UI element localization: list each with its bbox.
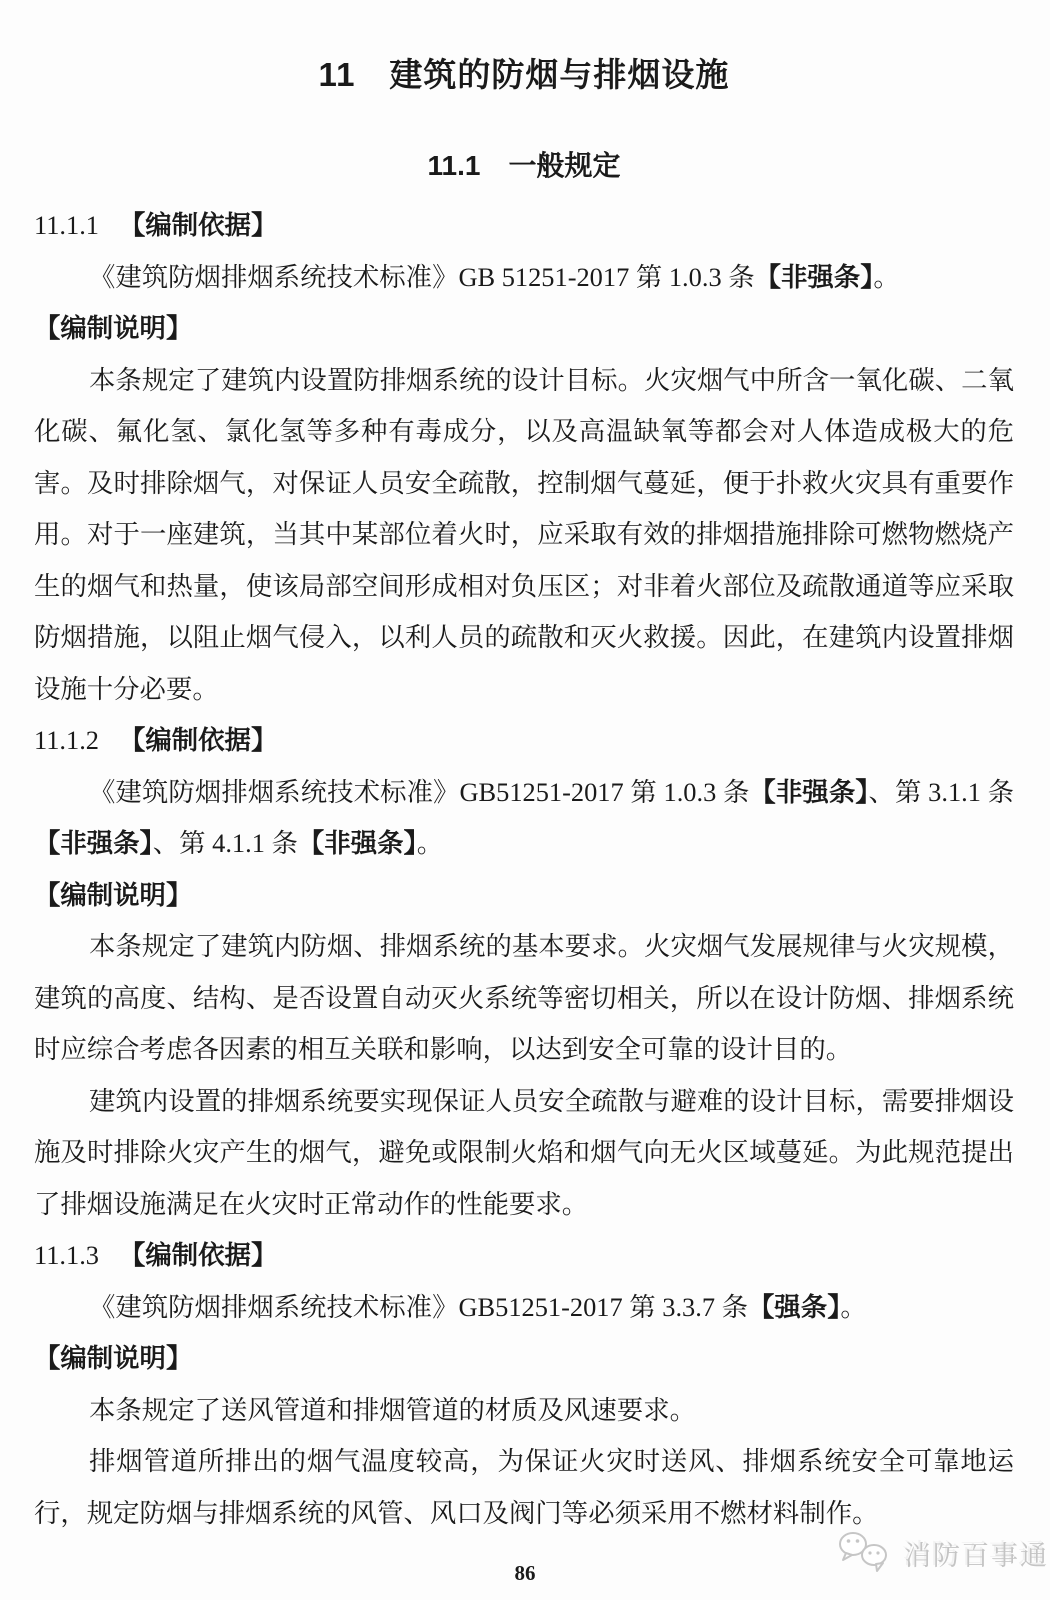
article-11-1-1: 11.1.1【编制依据】 《建筑防烟排烟系统技术标准》GB 51251-2017… <box>34 200 1014 715</box>
document-page: 11 建筑的防烟与排烟设施 11.1 一般规定 11.1.1【编制依据】 《建筑… <box>0 0 1050 1600</box>
tag-bold-text: 【强条】 <box>748 1292 840 1322</box>
body-paragraph: 本条规定了建筑内防烟、排烟系统的基本要求。火灾烟气发展规律与火灾规模，建筑的高度… <box>34 921 1014 1076</box>
tag-bold-text: 【非强条】 <box>755 262 874 292</box>
article-number: 11.1.2 <box>34 725 99 755</box>
note-label: 【编制说明】 <box>34 880 192 910</box>
note-label-line: 【编制说明】 <box>34 303 1014 355</box>
tag-bold-text: 【非强条】 <box>298 828 417 858</box>
article-heading: 11.1.1【编制依据】 <box>34 200 1014 252</box>
citation-text: 。 <box>417 828 443 858</box>
basis-label: 【编制依据】 <box>119 210 277 240</box>
note-label-line: 【编制说明】 <box>34 1333 1014 1385</box>
page-number: 86 <box>0 1561 1050 1586</box>
citation-paragraph: 《建筑防烟排烟系统技术标准》GB51251-2017 第 1.0.3 条【非强条… <box>34 767 1014 870</box>
tag-bold-text: 【非强条】 <box>34 828 153 858</box>
body-paragraph: 本条规定了建筑内设置防排烟系统的设计目标。火灾烟气中所含一氧化碳、二氧化碳、氟化… <box>34 355 1014 716</box>
section-title: 11.1 一般规定 <box>34 148 1014 184</box>
body-paragraph: 排烟管道所排出的烟气温度较高，为保证火灾时送风、排烟系统安全可靠地运行，规定防烟… <box>34 1436 1014 1539</box>
citation-text: 。 <box>840 1292 866 1322</box>
chapter-title: 11 建筑的防烟与排烟设施 <box>34 54 1014 96</box>
citation-text: 。 <box>873 262 899 292</box>
basis-label: 【编制依据】 <box>119 1240 277 1270</box>
citation-paragraph: 《建筑防烟排烟系统技术标准》GB 51251-2017 第 1.0.3 条【非强… <box>34 252 1014 304</box>
article-11-1-3: 11.1.3【编制依据】 《建筑防烟排烟系统技术标准》GB51251-2017 … <box>34 1230 1014 1539</box>
article-heading: 11.1.2【编制依据】 <box>34 715 1014 767</box>
article-heading: 11.1.3【编制依据】 <box>34 1230 1014 1282</box>
citation-text: 、第 3.1.1 条 <box>869 777 1014 807</box>
body-paragraph: 建筑内设置的排烟系统要实现保证人员安全疏散与避难的设计目标，需要排烟设施及时排除… <box>34 1076 1014 1231</box>
citation-paragraph: 《建筑防烟排烟系统技术标准》GB51251-2017 第 3.3.7 条【强条】… <box>34 1282 1014 1334</box>
article-number: 11.1.3 <box>34 1240 99 1270</box>
tag-bold-text: 【非强条】 <box>749 777 868 807</box>
note-label: 【编制说明】 <box>34 313 192 343</box>
citation-text: 《建筑防烟排烟系统技术标准》GB51251-2017 第 1.0.3 条 <box>89 777 749 807</box>
note-label: 【编制说明】 <box>34 1343 192 1373</box>
citation-text: 《建筑防烟排烟系统技术标准》GB51251-2017 第 3.3.7 条 <box>89 1292 748 1322</box>
body-paragraph: 本条规定了送风管道和排烟管道的材质及风速要求。 <box>34 1385 1014 1437</box>
citation-text: 、第 4.1.1 条 <box>153 828 298 858</box>
article-11-1-2: 11.1.2【编制依据】 《建筑防烟排烟系统技术标准》GB51251-2017 … <box>34 715 1014 1230</box>
citation-text: 《建筑防烟排烟系统技术标准》GB 51251-2017 第 1.0.3 条 <box>89 262 755 292</box>
article-number: 11.1.1 <box>34 210 99 240</box>
page-content: 11 建筑的防烟与排烟设施 11.1 一般规定 11.1.1【编制依据】 《建筑… <box>34 0 1014 1539</box>
basis-label: 【编制依据】 <box>119 725 277 755</box>
note-label-line: 【编制说明】 <box>34 870 1014 922</box>
